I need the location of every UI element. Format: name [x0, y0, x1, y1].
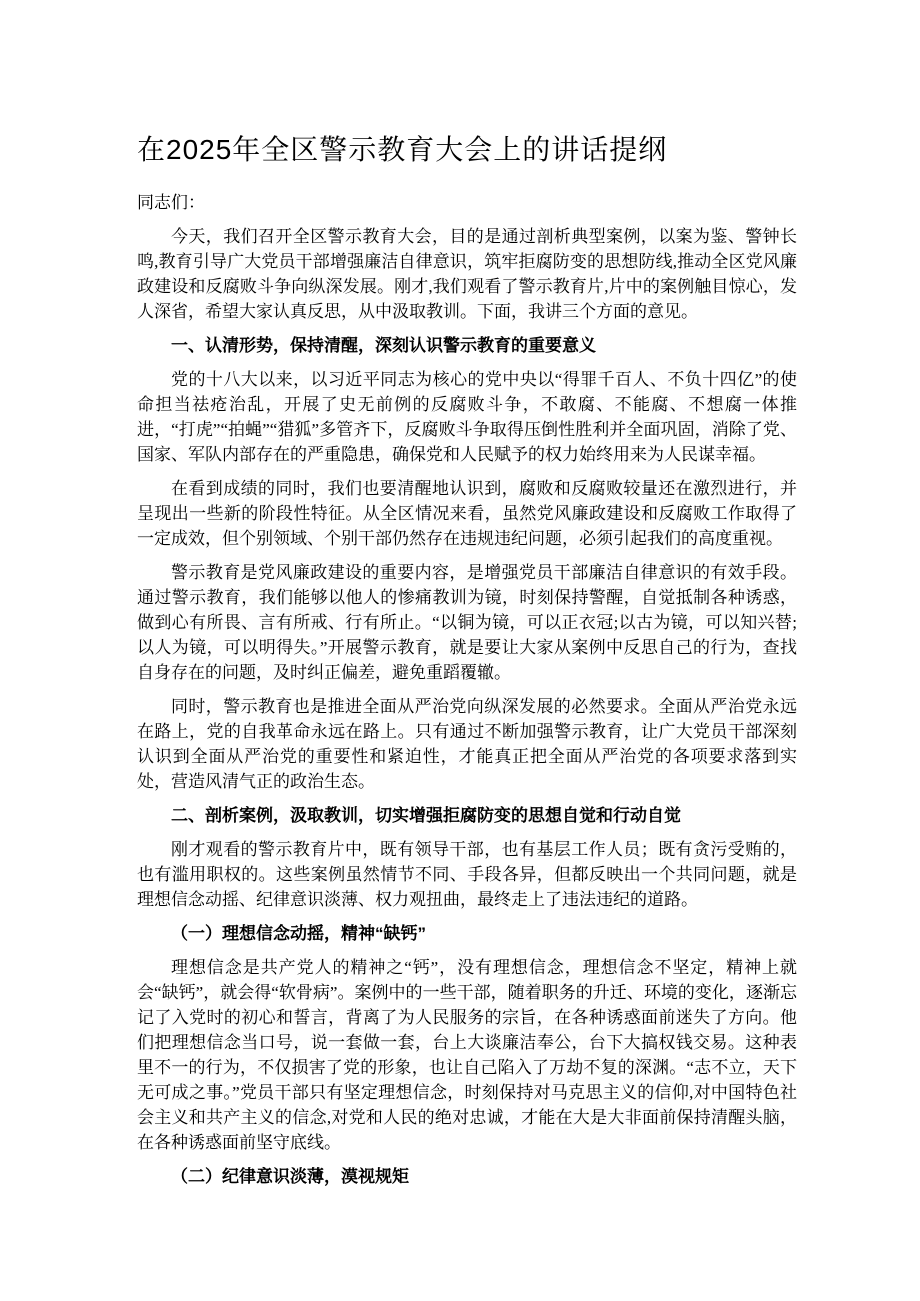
document-title: 在2025年全区警示教育大会上的讲话提纲 — [137, 130, 797, 170]
paragraph-strict-governance: 同时，警示教育也是推进全面从严治党向纵深发展的必然要求。全面从严治党永远在路上，… — [137, 694, 797, 794]
subsection-heading-1: （一）理想信念动摇，精神“缺钙” — [137, 921, 797, 946]
paragraph-case-analysis: 刚才观看的警示教育片中，既有领导干部，也有基层工作人员；既有贪污受贿的，也有滥用… — [137, 837, 797, 912]
paragraph-warning-education: 警示教育是党风廉政建设的重要内容，是增强党员干部廉洁自律意识的有效手段。通过警示… — [137, 560, 797, 685]
paragraph-situation: 在看到成绩的同时，我们也要清醒地认识到，腐败和反腐败较量还在激烈进行，并呈现出一… — [137, 476, 797, 551]
section-heading-2: 二、剖析案例，汲取教训，切实增强拒腐防变的思想自觉和行动自觉 — [137, 803, 797, 828]
salutation: 同志们： — [137, 190, 797, 215]
section-heading-1: 一、认清形势，保持清醒，深刻认识警示教育的重要意义 — [137, 333, 797, 358]
document-page: 在2025年全区警示教育大会上的讲话提纲 同志们： 今天，我们召开全区警示教育大… — [0, 0, 920, 1301]
paragraph-intro: 今天，我们召开全区警示教育大会，目的是通过剖析典型案例，以案为鉴、警钟长鸣,教育… — [137, 224, 797, 324]
paragraph-achievements: 党的十八大以来，以习近平同志为核心的党中央以“得罪千百人、不负十四亿”的使命担当… — [137, 367, 797, 467]
paragraph-ideals-beliefs: 理想信念是共产党人的精神之“钙”，没有理想信念，理想信念不坚定，精神上就会“缺钙… — [137, 955, 797, 1155]
subsection-heading-2: （二）纪律意识淡薄，漠视规矩 — [137, 1164, 797, 1189]
